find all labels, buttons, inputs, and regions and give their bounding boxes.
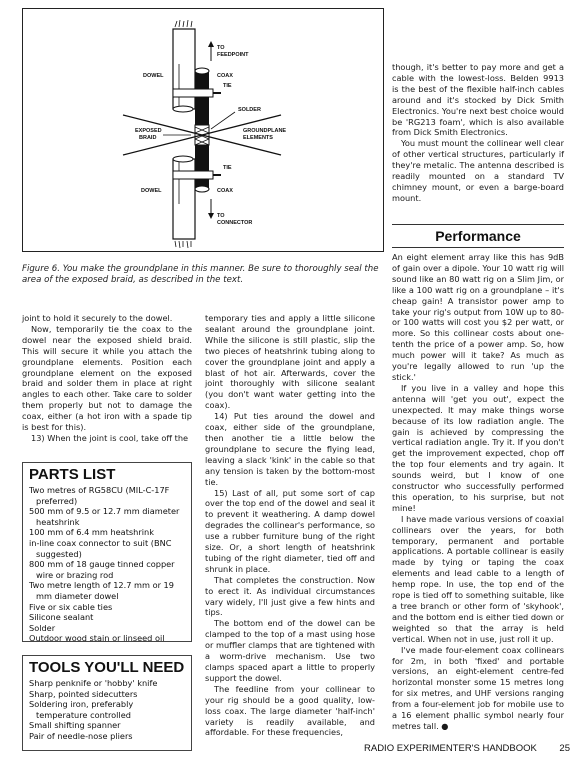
tools-list-title: TOOLS YOU'LL NEED [29, 659, 185, 676]
paragraph: The bottom end of the dowel can be clamp… [205, 618, 375, 683]
paragraph: I've made four-element coax collinears f… [392, 645, 564, 732]
paragraph: I have made various versions of coaxial … [392, 514, 564, 645]
tools-list-item: Sharp penknife or 'hobby' knife [29, 678, 185, 689]
label-tie-top: TIE [223, 83, 232, 89]
paragraph: You must mount the collinear well clear … [392, 138, 564, 203]
label-exposed: EXPOSED [135, 128, 162, 134]
paragraph: joint to hold it securely to the dowel. [22, 313, 192, 324]
label-tie-bottom: TIE [223, 165, 232, 171]
paragraph: 13) When the joint is cool, take off the [22, 433, 192, 444]
paragraph: An eight element array like this has 9dB… [392, 252, 564, 383]
figure-caption: Figure 6. You make the groundplane in th… [22, 264, 382, 286]
figure-6-groundplane-diagram: TO FEEDPOINT DOWEL COAX TIE SOLDER EXPOS… [22, 8, 384, 252]
paragraph: If you live in a valley and hope this an… [392, 383, 564, 514]
paragraph: 14) Put ties around the dowel and coax, … [205, 411, 375, 487]
paragraph: 15) Last of all, put some sort of cap ov… [205, 488, 375, 575]
paragraph: The feedline from your collinear to your… [205, 684, 375, 739]
label-feedpoint: FEEDPOINT [217, 52, 249, 58]
parts-list-item: Five or six cable ties [29, 602, 185, 613]
label-to-feedpoint: TO [217, 45, 225, 51]
parts-list-item: 800 mm of 18 gauge tinned copper wire or… [29, 559, 185, 580]
parts-list-item: Two metres of RG58CU (MIL-C-17F preferre… [29, 485, 185, 506]
paragraph: temporary ties and apply a little silico… [205, 313, 375, 411]
parts-list-item: Solder [29, 623, 185, 634]
tools-list-box: TOOLS YOU'LL NEED Sharp penknife or 'hob… [22, 655, 192, 751]
page-footer: RADIO EXPERIMENTER'S HANDBOOK 25 [364, 743, 570, 755]
parts-list-item: 100 mm of 6.4 mm heatshrink [29, 527, 185, 538]
label-connector: CONNECTOR [217, 220, 252, 226]
parts-list-item: in-line coax connector to suit (BNC sugg… [29, 538, 185, 559]
paragraph: That completes the construction. Now to … [205, 575, 375, 619]
tools-list-item: Soldering iron, preferably temperature c… [29, 699, 185, 720]
section-heading-performance: Performance [392, 224, 564, 248]
label-solder: SOLDER [238, 107, 261, 113]
tools-list-item: Sharp, pointed sidecutters [29, 689, 185, 700]
label-coax-bottom: COAX [217, 188, 233, 194]
parts-list-title: PARTS LIST [29, 466, 185, 483]
parts-list-item: Silicone sealant [29, 612, 185, 623]
parts-list-box: PARTS LIST Two metres of RG58CU (MIL-C-1… [22, 462, 192, 642]
tools-list-item: Small shifting spanner [29, 720, 185, 731]
page-number: 25 [559, 743, 570, 755]
label-dowel-top: DOWEL [143, 73, 164, 79]
paragraph: though, it's better to pay more and get … [392, 62, 564, 138]
column-3-text-top: though, it's better to pay more and get … [392, 62, 564, 204]
label-braid: BRAID [139, 135, 156, 141]
groundplane-diagram-drawing: TO FEEDPOINT DOWEL COAX TIE SOLDER EXPOS… [23, 9, 385, 253]
performance-section-text: An eight element array like this has 9dB… [392, 252, 564, 732]
label-coax-top: COAX [217, 73, 233, 79]
tools-list-item: Pair of needle-nose pliers [29, 731, 185, 742]
parts-list-item: 500 mm of 9.5 or 12.7 mm diameter heatsh… [29, 506, 185, 527]
paragraph: Now, temporarily tie the coax to the dow… [22, 324, 192, 433]
label-dowel-bottom: DOWEL [141, 188, 162, 194]
publication-title: RADIO EXPERIMENTER'S HANDBOOK [364, 743, 537, 754]
parts-list-item: Outdoor wood stain or linseed oil [29, 633, 185, 644]
label-to-connector: TO [217, 213, 225, 219]
label-groundplane: GROUNDPLANE [243, 128, 286, 134]
parts-list-item: Two metre length of 12.7 mm or 19 mm dia… [29, 580, 185, 601]
column-2-text: temporary ties and apply a little silico… [205, 313, 375, 738]
label-elements: ELEMENTS [243, 135, 273, 141]
column-1-text: joint to hold it securely to the dowel. … [22, 313, 192, 444]
